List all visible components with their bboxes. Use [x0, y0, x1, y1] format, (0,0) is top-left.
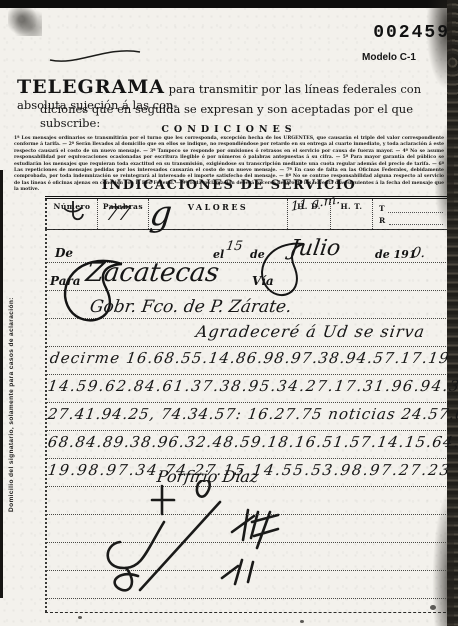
ruled-line: [46, 346, 446, 347]
message-line: 27.41.94.25, 74.34.57: 16.27.75 noticias…: [47, 405, 458, 423]
serial-number: 002459: [358, 23, 450, 43]
ruled-line: [46, 458, 446, 459]
margin-note: Domicilio del signatario, solamente para…: [8, 297, 15, 512]
condiciones-heading: CONDICIONES: [0, 124, 458, 135]
scan-left-strip: [0, 170, 3, 598]
addressee-line: Gobr. Fco. de P. Zárate.: [89, 297, 293, 317]
indicaciones-heading: INDICACIONES DE SERVICIO: [0, 178, 458, 193]
model-label: Modelo C-1: [362, 52, 416, 63]
valores-mark: g: [148, 193, 174, 234]
scan-smudge: [8, 8, 42, 36]
telegram-scan-page: 002459 Modelo C-1 TELEGRAMA para transmi…: [0, 0, 458, 626]
numero-scribble: [62, 199, 84, 227]
date-day: 15: [225, 239, 244, 254]
col-t-r: T R: [372, 199, 447, 229]
message-line: 68.84.89.38.96.32.48.59.18.16.51.57.14.1…: [47, 433, 458, 451]
city-flourish: [52, 256, 130, 330]
ruled-line: [46, 402, 446, 403]
message-line: 14.59.62.84.61.37.38.95.34.27.17.31.96.9…: [47, 377, 458, 395]
scan-speck: [300, 620, 304, 623]
form-bottom-border: [45, 612, 446, 613]
palabras-value: 77: [104, 203, 131, 225]
message-line: Agradeceré á Ud se sirva: [195, 322, 427, 341]
page-title: TELEGRAMA: [17, 76, 165, 98]
clerk-scrawl: [100, 480, 320, 605]
t-label: T: [379, 204, 385, 213]
month-flourish: [252, 238, 312, 306]
ruled-line: [46, 430, 446, 431]
ruled-line: [46, 374, 446, 375]
scan-top-bar: [0, 0, 458, 8]
pen-stroke: [48, 42, 143, 68]
table-bottom-rule: [45, 229, 447, 230]
date-year-digit: 0.: [411, 245, 427, 261]
scan-speck: [78, 616, 82, 619]
scan-speck: [430, 605, 436, 610]
r-dotted-line: [389, 215, 443, 225]
t-dotted-line: [388, 203, 443, 213]
message-line: decirme 16.68.55.14.86.98.97.38.94.57.17…: [49, 349, 451, 367]
r-label: R: [379, 216, 386, 225]
